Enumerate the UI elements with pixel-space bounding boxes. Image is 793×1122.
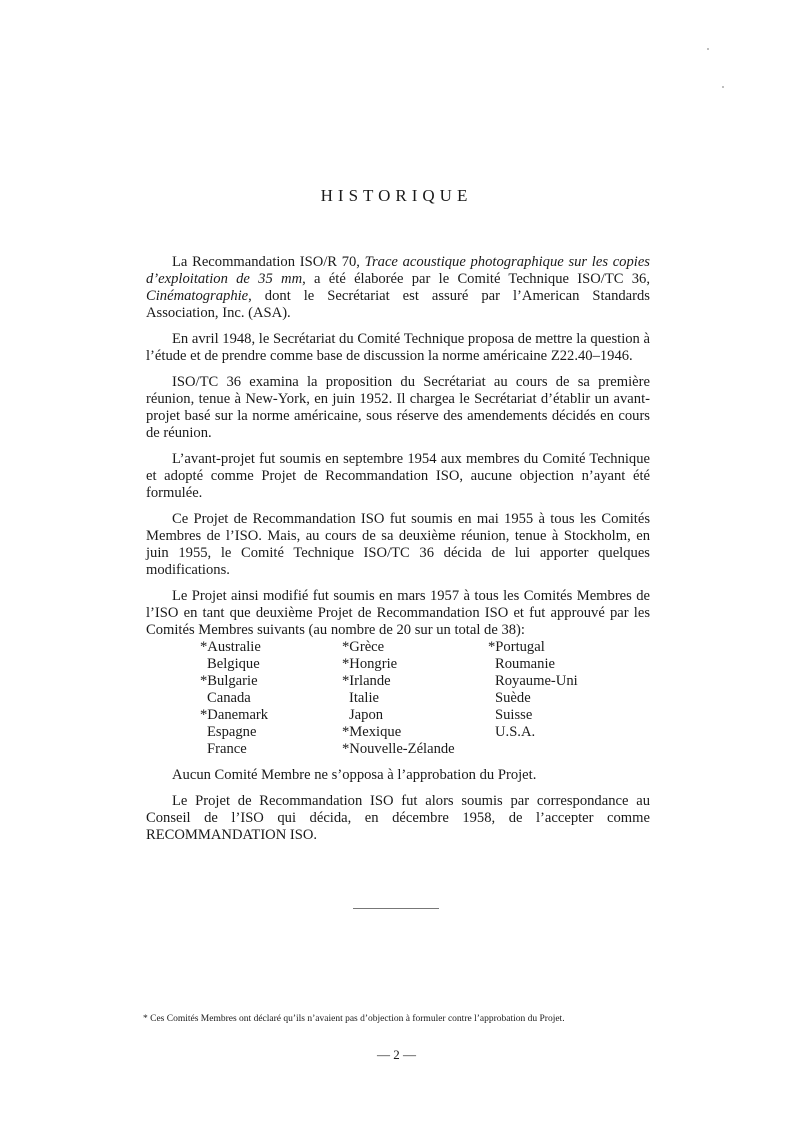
country-column-1: *AustralieBelgique*BulgarieCanada*Danema… <box>200 639 342 758</box>
country-item: *Irlande <box>342 673 488 690</box>
country-item: *Australie <box>200 639 342 656</box>
country-item: Roumanie <box>488 656 638 673</box>
country-item: France <box>200 741 342 758</box>
country-item: Italie <box>342 690 488 707</box>
footnote: * Ces Comités Membres ont déclaré qu’ils… <box>143 1014 663 1024</box>
country-item: *Portugal <box>488 639 638 656</box>
document-body: La Recommandation ISO/R 70, Trace acoust… <box>146 254 650 853</box>
country-column-3: *PortugalRoumanieRoyaume-UniSuèdeSuisseU… <box>488 639 638 758</box>
paragraph-8: Le Projet de Recommandation ISO fut alor… <box>146 793 650 844</box>
page-number: — 2 — <box>0 1047 793 1063</box>
separator-rule <box>353 908 439 909</box>
country-item: U.S.A. <box>488 724 638 741</box>
country-item: Espagne <box>200 724 342 741</box>
text: , a été élaborée par le Comité Technique… <box>302 271 650 287</box>
country-item: Japon <box>342 707 488 724</box>
country-item: *Hongrie <box>342 656 488 673</box>
page-title: HISTORIQUE <box>0 186 793 206</box>
committee-name: Cinématographie <box>146 288 248 304</box>
text: La Recommandation ISO/R 70, <box>172 254 365 270</box>
country-item: *Bulgarie <box>200 673 342 690</box>
paragraph-7: Aucun Comité Membre ne s’opposa à l’appr… <box>146 767 650 784</box>
paragraph-3: ISO/TC 36 examina la proposition du Secr… <box>146 374 650 442</box>
country-item: Canada <box>200 690 342 707</box>
country-item: Suisse <box>488 707 638 724</box>
country-item: *Mexique <box>342 724 488 741</box>
country-item: *Nouvelle-Zélande <box>342 741 488 758</box>
paragraph-1: La Recommandation ISO/R 70, Trace acoust… <box>146 254 650 322</box>
country-item: Royaume-Uni <box>488 673 638 690</box>
country-item: *Grèce <box>342 639 488 656</box>
paragraph-2: En avril 1948, le Secrétariat du Comité … <box>146 331 650 365</box>
paragraph-4: L’avant-projet fut soumis en septembre 1… <box>146 451 650 502</box>
scan-speck <box>707 48 709 50</box>
country-item: *Danemark <box>200 707 342 724</box>
country-column-2: *Grèce*Hongrie*IrlandeItalieJapon*Mexiqu… <box>342 639 488 758</box>
country-item: Suède <box>488 690 638 707</box>
paragraph-6: Le Projet ainsi modifié fut soumis en ma… <box>146 588 650 639</box>
scan-speck <box>722 86 724 88</box>
paragraph-5: Ce Projet de Recommandation ISO fut soum… <box>146 511 650 579</box>
country-list: *AustralieBelgique*BulgarieCanada*Danema… <box>200 639 650 758</box>
country-item: Belgique <box>200 656 342 673</box>
